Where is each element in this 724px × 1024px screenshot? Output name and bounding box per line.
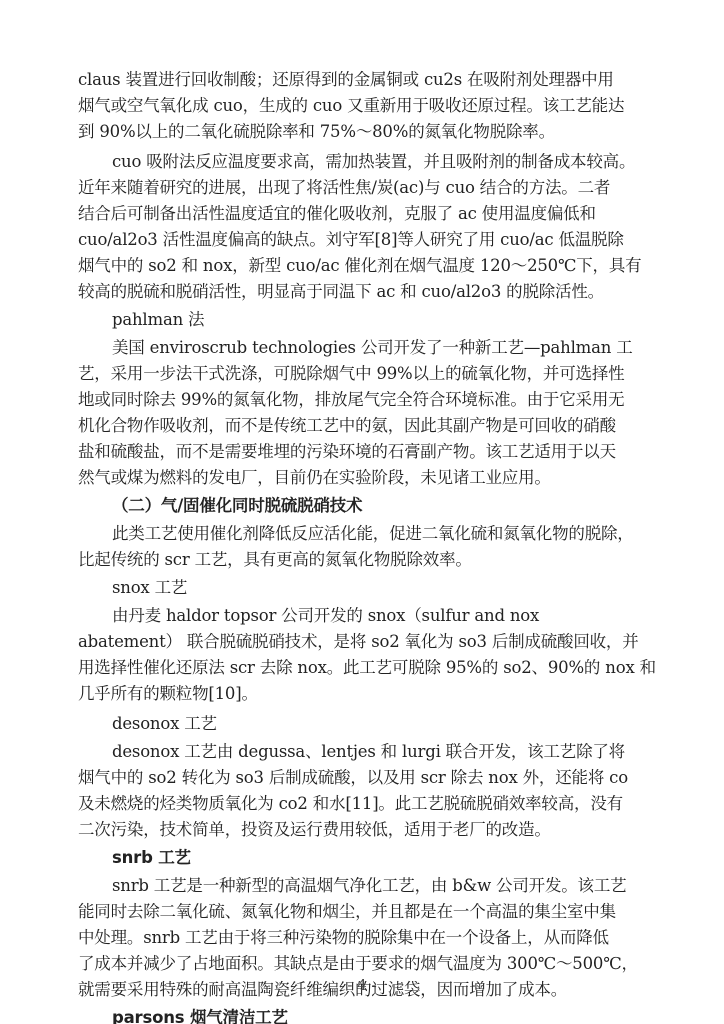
text-line: cuo/al2o3 活性温度偏高的缺点。刘守军[8]等人研究了用 cuo/ac … [78, 228, 624, 252]
section-heading: snrb 工艺 [112, 846, 191, 870]
text-line: 比起传统的 scr 工艺，具有更高的氮氧化物脱除效率。 [78, 548, 472, 572]
text-line: 了成本并减少了占地面积。其缺点是由于要求的烟气温度为 300℃～500℃， [78, 952, 638, 976]
text-line: 机化合物作吸收剂，而不是传统工艺中的氨，因此其副产物是可回收的硝酸 [78, 414, 616, 438]
text-line: 近年来随着研究的进展，出现了将活性焦/炭(ac)与 cuo 结合的方法。二者 [78, 176, 610, 200]
text-line: 然气或煤为燃料的发电厂，目前仍在实验阶段，未见诸工业应用。 [78, 466, 551, 490]
page-number: - 4 - [0, 976, 724, 994]
text-line: 及未燃烧的烃类物质氧化为 co2 和水[11]。此工艺脱硫脱硝效率较高，没有 [78, 792, 623, 816]
text-line: 几乎所有的颗粒物[10]。 [78, 682, 258, 706]
text-line: 能同时去除二氧化硫、氮氧化物和烟尘，并且都是在一个高温的集尘室中集 [78, 900, 616, 924]
text-line: 地或同时除去 99%的氮氧化物，排放尾气完全符合环境标准。由于它采用无 [78, 388, 624, 412]
text-line: 较高的脱硫和脱硝活性，明显高于同温下 ac 和 cuo/al2o3 的脱除活性。 [78, 280, 604, 304]
text-line: 由丹麦 haldor topsor 公司开发的 snox（sulfur and … [112, 604, 539, 628]
text-line: desonox 工艺 [112, 712, 217, 736]
text-line: cuo 吸附法反应温度要求高，需加热装置，并且吸附剂的制备成本较高。 [112, 150, 635, 174]
text-line: desonox 工艺由 degussa、lentjes 和 lurgi 联合开发… [112, 740, 625, 764]
text-line: 盐和硫酸盐，而不是需要堆埋的污染环境的石膏副产物。该工艺适用于以天 [78, 440, 616, 464]
text-line: 烟气中的 so2 和 nox，新型 cuo/ac 催化剂在烟气温度 120～25… [78, 254, 641, 278]
text-line: 用选择性催化还原法 scr 去除 nox。此工艺可脱除 95%的 so2、90%… [78, 656, 656, 680]
text-line: 此类工艺使用催化剂降低反应活化能，促进二氧化硫和氮氧化物的脱除， [112, 522, 634, 546]
text-line: 美国 enviroscrub technologies 公司开发了一种新工艺—p… [112, 336, 633, 360]
text-line: 中处理。snrb 工艺由于将三种污染物的脱除集中在一个设备上，从而降低 [78, 926, 609, 950]
text-line: 结合后可制备出活性温度适宜的催化吸收剂，克服了 ac 使用温度偏低和 [78, 202, 596, 226]
text-line: abatement） 联合脱硫脱硝技术，是将 so2 氧化为 so3 后制成硫酸… [78, 630, 639, 654]
text-line: claus 装置进行回收制酸；还原得到的金属铜或 cu2s 在吸附剂处理器中用 [78, 68, 614, 92]
section-heading: parsons 烟气清洁工艺 [112, 1006, 288, 1024]
text-line: snrb 工艺是一种新型的高温烟气净化工艺，由 b&w 公司开发。该工艺 [112, 874, 626, 898]
text-line: 艺，采用一步法干式洗涤，可脱除烟气中 99%以上的硫氧化物，并可选择性 [78, 362, 624, 386]
text-line: 到 90%以上的二氧化硫脱除率和 75%～80%的氮氧化物脱除率。 [78, 120, 555, 144]
text-line: 二次污染，技术简单，投资及运行费用较低，适用于老厂的改造。 [78, 818, 551, 842]
text-line: snox 工艺 [112, 576, 187, 600]
text-line: 烟气中的 so2 转化为 so3 后制成硫酸，以及用 scr 除去 nox 外，… [78, 766, 628, 790]
text-line: pahlman 法 [112, 308, 204, 332]
text-line: 烟气或空气氧化成 cuo，生成的 cuo 又重新用于吸收还原过程。该工艺能达 [78, 94, 624, 118]
section-heading: （二）气/固催化同时脱硫脱硝技术 [112, 494, 362, 518]
